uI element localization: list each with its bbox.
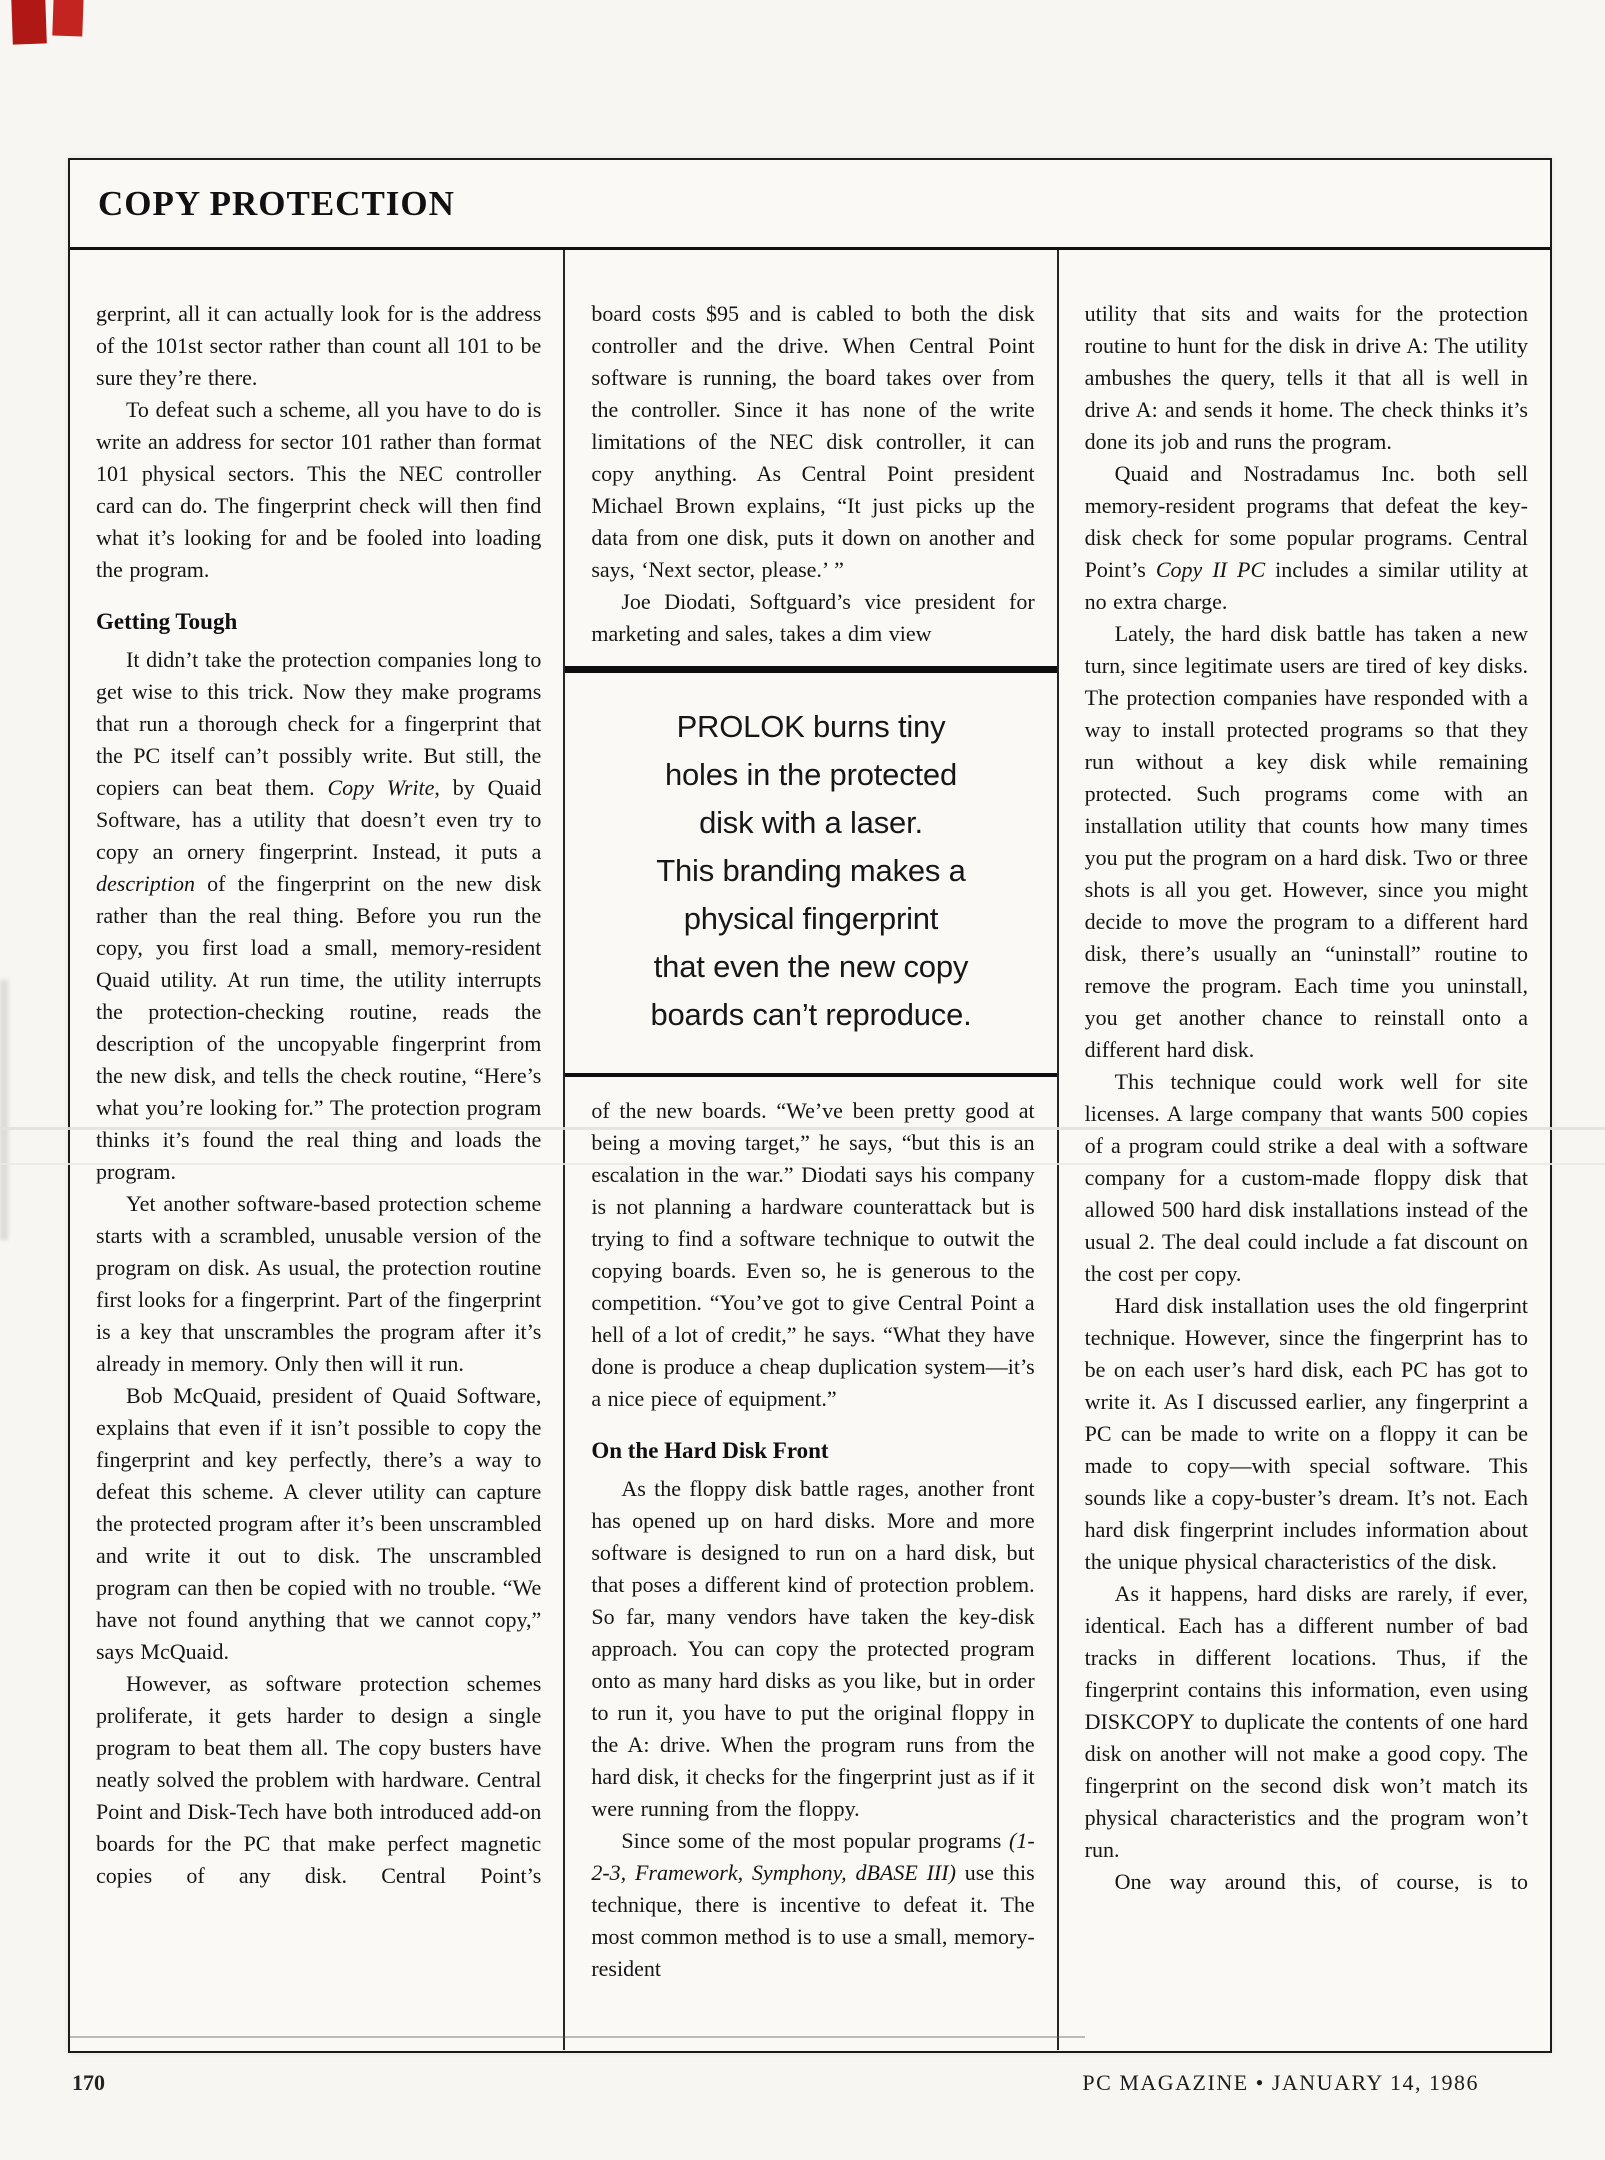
footer-credit: PC MAGAZINE • JANUARY 14, 1986	[1082, 2070, 1479, 2096]
pull-quote: PROLOK burns tinyholes in the protectedd…	[565, 666, 1056, 1077]
paragraph-continued: board costs $95 and is cabled to both th…	[591, 298, 1034, 586]
scan-artifact-strike	[70, 2036, 1085, 2038]
paragraph: Bob McQuaid, president of Quaid Software…	[96, 1380, 541, 1668]
column-right: utility that sits and waits for the prot…	[1057, 250, 1550, 2050]
paragraph: Lately, the hard disk battle has taken a…	[1085, 618, 1528, 1066]
scan-registration-mark-1	[11, 0, 47, 45]
column-middle: board costs $95 and is cabled to both th…	[563, 250, 1056, 2050]
paragraph-continued: utility that sits and waits for the prot…	[1085, 298, 1528, 458]
paragraph: It didn’t take the protection companies …	[96, 644, 541, 1188]
article-header: COPY PROTECTION	[70, 160, 1550, 250]
page-number: 170	[72, 2070, 105, 2096]
scan-registration-mark-2	[52, 0, 83, 37]
scan-artifact-line-1	[0, 1127, 1605, 1130]
scan-artifact-line-2	[0, 1163, 1605, 1165]
scan-edge-smudge	[0, 980, 8, 1240]
section-heading-getting-tough: Getting Tough	[96, 608, 541, 635]
paragraph: Joe Diodati, Softguard’s vice president …	[591, 586, 1034, 650]
paragraph: This technique could work well for site …	[1085, 1066, 1528, 1290]
section-heading-hard-disk-front: On the Hard Disk Front	[591, 1437, 1034, 1464]
paragraph: One way around this, of course, is to	[1085, 1866, 1528, 1898]
page-title: COPY PROTECTION	[98, 184, 455, 224]
column-left: gerprint, all it can actually look for i…	[70, 250, 563, 2050]
paragraph: As it happens, hard disks are rarely, if…	[1085, 1578, 1528, 1866]
paragraph: To defeat such a scheme, all you have to…	[96, 394, 541, 586]
paragraph: Yet another software-based protection sc…	[96, 1188, 541, 1380]
paragraph: As the floppy disk battle rages, another…	[591, 1473, 1034, 1825]
paragraph: Since some of the most popular programs …	[591, 1825, 1034, 1985]
paragraph-continued: gerprint, all it can actually look for i…	[96, 298, 541, 394]
scanned-magazine-page: { "header": { "title": "COPY PROTECTION"…	[0, 0, 1605, 2160]
article-body: gerprint, all it can actually look for i…	[70, 250, 1550, 2050]
paragraph: However, as software protection schemes …	[96, 1668, 541, 1892]
pull-quote-text: PROLOK burns tinyholes in the protectedd…	[573, 703, 1048, 1039]
paragraph: Quaid and Nostradamus Inc. both sell mem…	[1085, 458, 1528, 618]
paragraph-continued: of the new boards. “We’ve been pretty go…	[591, 1095, 1034, 1415]
paragraph: Hard disk installation uses the old fing…	[1085, 1290, 1528, 1578]
article-frame: COPY PROTECTION gerprint, all it can act…	[68, 158, 1552, 2053]
